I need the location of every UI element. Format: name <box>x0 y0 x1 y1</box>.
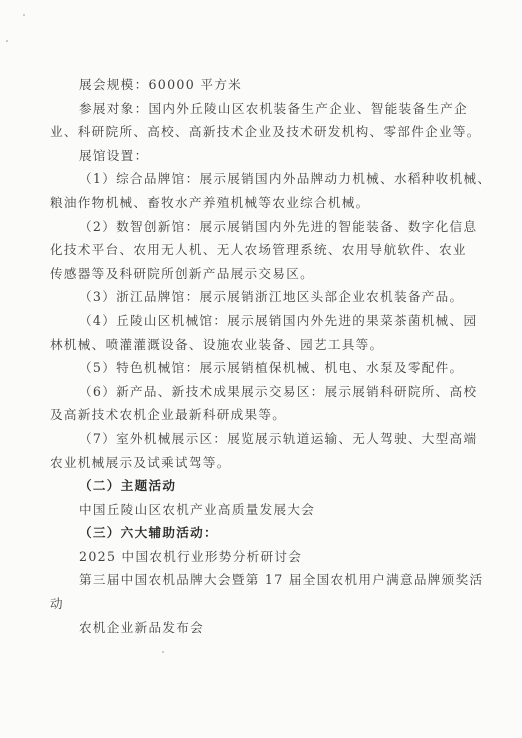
scan-speck <box>23 14 25 16</box>
auxiliary-activity-1: 2025 中国农机行业形势分析研讨会 <box>50 545 468 569</box>
auxiliary-activity-2-line-1: 第三届中国农机品牌大会暨第 17 届全国农机用户满意品牌颁奖活 <box>50 568 468 592</box>
hall-2-line-1: （2）数智创新馆：展示展销国内外先进的智能装备、数字化信息 <box>50 215 468 239</box>
hall-2-line-2: 化技术平台、农用无人机、无人农场管理系统、农用导航软件、农业 <box>50 238 468 262</box>
document-page: 展会规模：60000 平方米 参展对象：国内外丘陵山区农机装备生产企业、智能装备… <box>50 73 468 639</box>
hall-1-line-1: （1）综合品牌馆：展示展销国内外品牌动力机械、水稻种收机械、 <box>50 167 468 191</box>
exhibitor-scope-line-1: 参展对象：国内外丘陵山区农机装备生产企业、智能装备生产企 <box>50 97 468 121</box>
hall-7-line-2: 农业机械展示及试乘试驾等。 <box>50 451 468 475</box>
hall-5: （5）特色机械馆：展示展销植保机械、机电、水泵及零配件。 <box>50 356 468 380</box>
exhibition-scale: 展会规模：60000 平方米 <box>50 73 468 97</box>
exhibitor-scope-line-2: 业、科研院所、高校、高新技术企业及技术研发机构、零部件企业等。 <box>50 120 468 144</box>
hall-3: （3）浙江品牌馆：展示展销浙江地区头部企业农机装备产品。 <box>50 285 468 309</box>
theme-activity-heading: （二）主题活动 <box>50 474 468 498</box>
auxiliary-activity-3: 农机企业新品发布会 <box>50 616 468 640</box>
auxiliary-activity-2-line-2: 动 <box>50 592 468 616</box>
hall-1-line-2: 粮油作物机械、畜牧水产养殖机械等农业综合机械。 <box>50 191 468 215</box>
scan-speck <box>162 651 164 653</box>
hall-6-line-1: （6）新产品、新技术成果展示交易区：展示展销科研院所、高校 <box>50 380 468 404</box>
auxiliary-activities-heading: （三）六大辅助活动： <box>50 521 468 545</box>
hall-2-line-3: 传感器等及科研院所创新产品展示交易区。 <box>50 262 468 286</box>
theme-activity-item: 中国丘陵山区农机产业高质量发展大会 <box>50 498 468 522</box>
hall-setup-heading: 展馆设置： <box>50 144 468 168</box>
scan-speck <box>6 40 8 42</box>
hall-6-line-2: 及高新技术农机企业最新科研成果等。 <box>50 403 468 427</box>
hall-4-line-2: 林机械、喷灌灌溉设备、设施农业装备、园艺工具等。 <box>50 333 468 357</box>
hall-7-line-1: （7）室外机械展示区：展览展示轨道运输、无人驾驶、大型高端 <box>50 427 468 451</box>
hall-4-line-1: （4）丘陵山区机械馆：展示展销国内外先进的果菜茶菌机械、园 <box>50 309 468 333</box>
